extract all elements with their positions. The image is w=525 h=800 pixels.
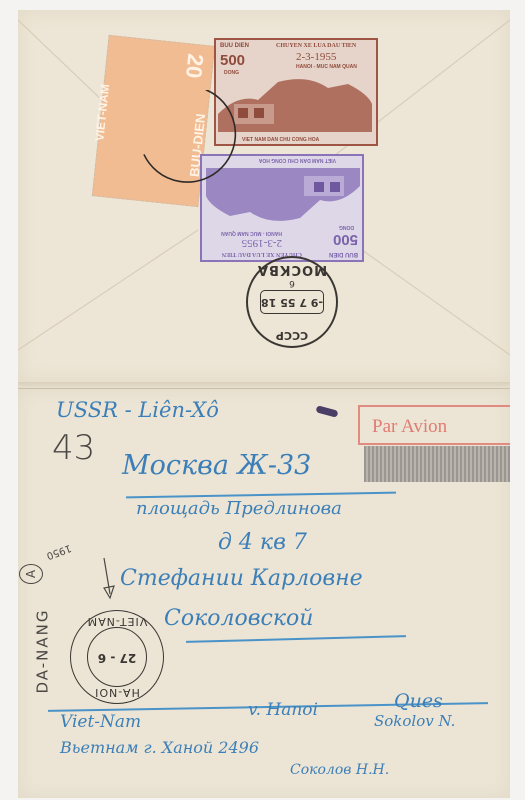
sender-address-cyrillic: Вьетнам г. Ханой 2496 — [60, 738, 259, 757]
moscow-postmark-number: 6 — [248, 278, 336, 288]
obliterated-band — [364, 446, 510, 482]
sender-country: Viet-Nam — [60, 712, 141, 732]
hanoi-postmark-date: 27 - 6 — [71, 651, 163, 665]
hanoi-postmark: HA-NOI 27 - 6 VIET-NAM — [70, 610, 164, 704]
stamp-brown-title: CHUYEN XE LUA DAU TIEN — [276, 43, 356, 49]
address-recipient-surname: Соколовской — [164, 606, 313, 631]
stamp-brown-value: 500 — [220, 52, 245, 69]
par-avion-label: Par Avion — [358, 405, 510, 445]
stamp-violet-date: 2-3-1955 — [242, 237, 282, 249]
pencil-number: 43 — [52, 428, 95, 468]
stamp-violet-route: HANOI - MUC NAM QUAN — [221, 230, 282, 236]
moscow-postmark: СССР -9 7 55 18 6 МОСКВА — [246, 256, 338, 348]
hanoi-postmark-city: HA-NOI — [71, 686, 163, 699]
sender-city: v. Hanoi — [248, 700, 318, 720]
sender-name-cyrillic: Соколов Н.Н. — [290, 762, 389, 778]
moscow-postmark-footer: СССР — [248, 329, 336, 342]
address-city: Москва Ж-33 — [122, 450, 311, 481]
moscow-postmark-date: -9 7 55 18 — [260, 290, 324, 314]
moscow-postmark-city: МОСКВА — [248, 262, 336, 277]
stamp-brown-route: HANOI - MUC NAM QUAN — [296, 64, 357, 70]
stamp-violet-bottom: VIET NAM DAN CHU CONG HOA — [259, 157, 336, 163]
pencil-arrow — [98, 556, 118, 602]
address-street: площадь Предлинова — [136, 498, 342, 519]
stamp-violet-agency: BUU DIEN — [329, 251, 358, 257]
stamp-orange-value: 20 — [180, 52, 208, 79]
address-recipient-firstname: Стефании Карловне — [120, 566, 363, 591]
hanoi-postmark-country: VIET-NAM — [71, 615, 163, 628]
address-country: USSR - Liên-Xô — [56, 398, 219, 422]
address-house: д 4 кв 7 — [218, 530, 307, 555]
sender-ques: Ques — [394, 690, 443, 712]
envelope: 20 VIET-NAM BUU-DIEN BUU DIEN 500 DONG C… — [18, 10, 510, 797]
cancellation-arc — [136, 90, 246, 200]
circled-letter-note: A — [19, 564, 43, 584]
stamp-violet-value: 500 — [333, 231, 358, 248]
da-nang-note: DA-NANG — [33, 609, 51, 694]
sender-name-latin: Sokolov N. — [374, 712, 455, 730]
stamp-brown-date: 2-3-1955 — [296, 51, 336, 63]
stamp-brown-agency: BUU DIEN — [220, 43, 249, 49]
stamp-brown-bottom: VIET NAM DAN CHU CONG HOA — [242, 137, 319, 143]
